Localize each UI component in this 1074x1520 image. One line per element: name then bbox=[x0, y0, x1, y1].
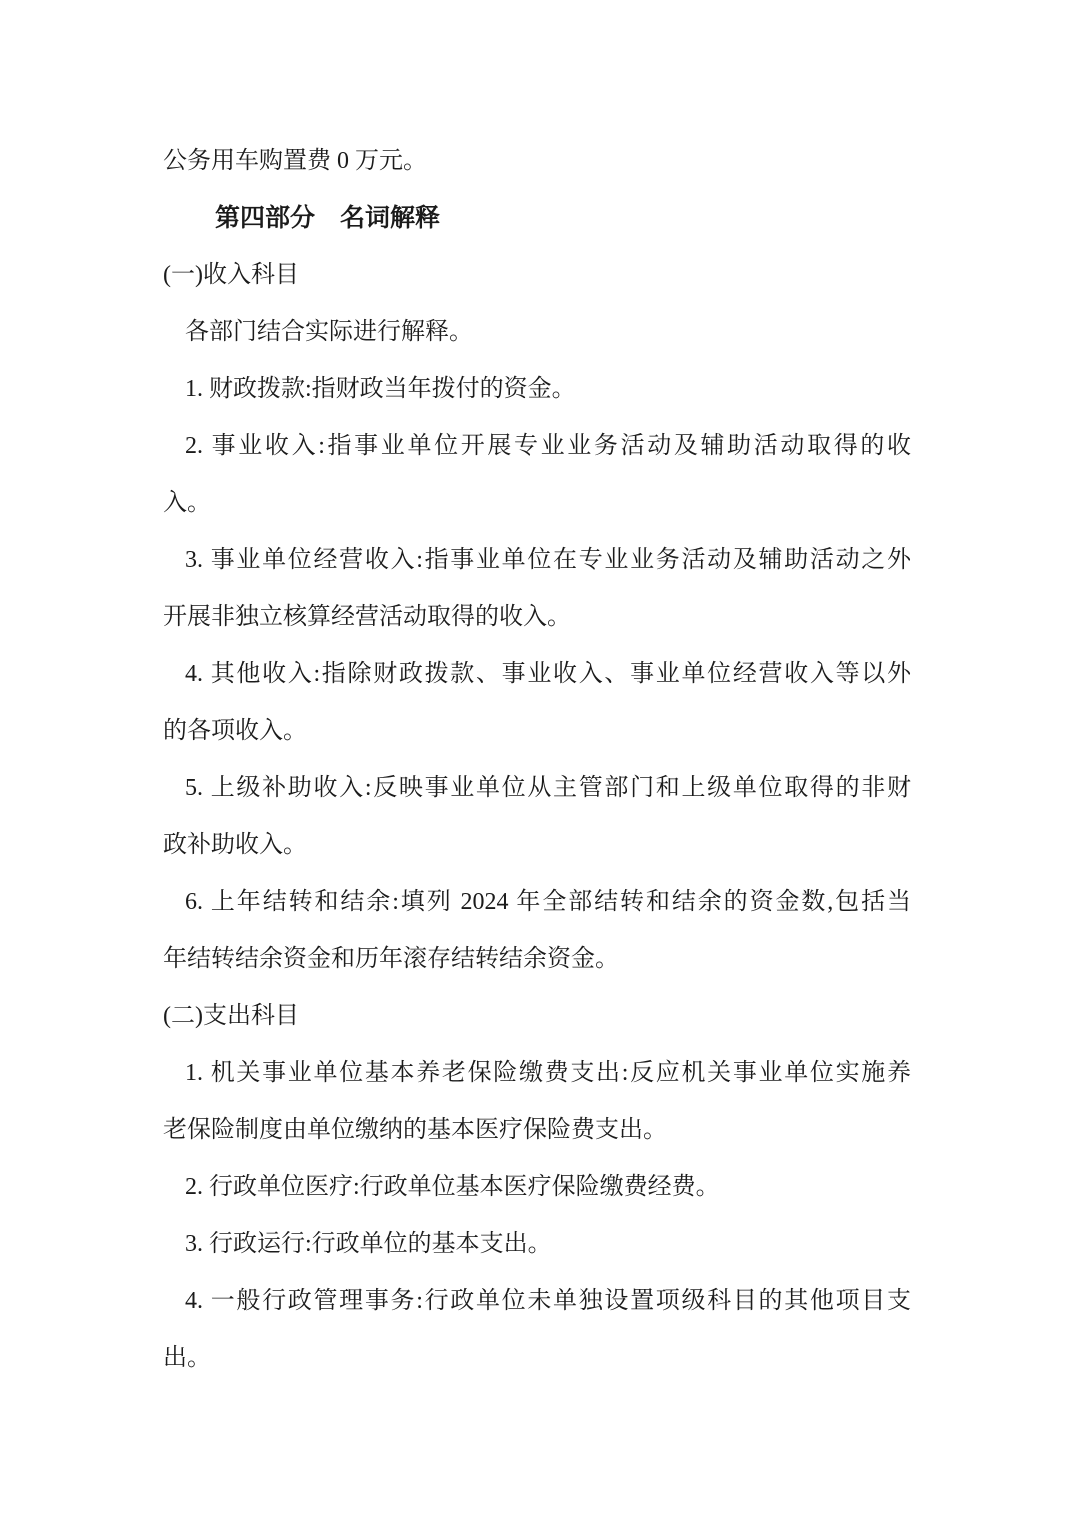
document-body: 公务用车购置费 0 万元。第四部分 名词解释(一)收入科目各部门结合实际进行解释… bbox=[163, 133, 911, 1387]
definition-text-line: 4. 一般行政管理事务:行政单位未单独设置项级科目的其他项目支 bbox=[163, 1273, 911, 1330]
definition-text-line: 政补助收入。 bbox=[163, 817, 911, 874]
definition-text-line: 开展非独立核算经营活动取得的收入。 bbox=[163, 589, 911, 646]
definition-text-line: 老保险制度由单位缴纳的基本医疗保险费支出。 bbox=[163, 1102, 911, 1159]
definition-text-line: 2. 事业收入:指事业单位开展专业业务活动及辅助活动取得的收 bbox=[163, 418, 911, 475]
definition-text-line: 6. 上年结转和结余:填列 2024 年全部结转和结余的资金数,包括当 bbox=[163, 874, 911, 931]
definition-text-line: 4. 其他收入:指除财政拨款、事业收入、事业单位经营收入等以外 bbox=[163, 646, 911, 703]
definition-text-line: 出。 bbox=[163, 1330, 911, 1387]
definition-text-line: 入。 bbox=[163, 475, 911, 532]
definition-text-line: 的各项收入。 bbox=[163, 703, 911, 760]
section-heading: 第四部分 名词解释 bbox=[163, 190, 911, 247]
subsection-heading: (二)支出科目 bbox=[163, 988, 911, 1045]
definition-text-line: 2. 行政单位医疗:行政单位基本医疗保险缴费经费。 bbox=[163, 1159, 911, 1216]
definition-text-line: 1. 机关事业单位基本养老保险缴费支出:反应机关事业单位实施养 bbox=[163, 1045, 911, 1102]
definition-text-line: 年结转结余资金和历年滚存结转结余资金。 bbox=[163, 931, 911, 988]
definition-text-line: 各部门结合实际进行解释。 bbox=[163, 304, 911, 361]
definition-text-line: 3. 行政运行:行政单位的基本支出。 bbox=[163, 1216, 911, 1273]
document-page: 公务用车购置费 0 万元。第四部分 名词解释(一)收入科目各部门结合实际进行解释… bbox=[0, 0, 1074, 1520]
body-text-line: 公务用车购置费 0 万元。 bbox=[163, 133, 911, 190]
subsection-heading: (一)收入科目 bbox=[163, 247, 911, 304]
definition-text-line: 5. 上级补助收入:反映事业单位从主管部门和上级单位取得的非财 bbox=[163, 760, 911, 817]
definition-text-line: 3. 事业单位经营收入:指事业单位在专业业务活动及辅助活动之外 bbox=[163, 532, 911, 589]
definition-text-line: 1. 财政拨款:指财政当年拨付的资金。 bbox=[163, 361, 911, 418]
